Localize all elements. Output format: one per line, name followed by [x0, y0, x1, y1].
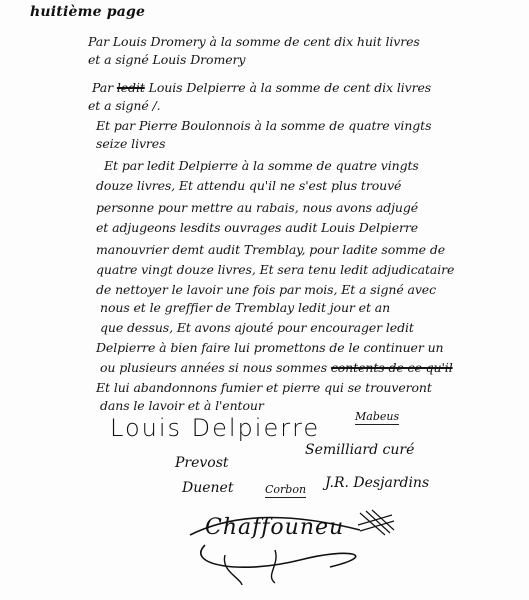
text-line: nous et le greffier de Tremblay ledit jo… — [100, 300, 390, 315]
line-text: personne pour mettre au rabais, nous avo… — [96, 200, 418, 215]
manuscript-page: huitième page Par Louis Dromery à la som… — [0, 0, 529, 600]
line-text: Louis Delpierre à la somme de cent dix l… — [145, 80, 431, 95]
text-line: et a signé /. — [88, 98, 161, 113]
text-line: manouvrier demt audit Tremblay, pour lad… — [96, 242, 445, 257]
line-text: et adjugeons lesdits ouvrages audit Loui… — [96, 220, 418, 235]
text-line: et a signé Louis Dromery — [88, 52, 245, 67]
header-label: huitième page — [30, 4, 145, 20]
text-line: douze livres, Et attendu qu'il ne s'est … — [96, 178, 401, 193]
line-text: dans le lavoir et à l'entour — [100, 398, 264, 413]
line-text: et a signé /. — [88, 98, 161, 113]
text-line: Et par Pierre Boulonnois à la somme de q… — [96, 118, 431, 133]
line-text: Et par ledit Delpierre à la somme de qua… — [104, 158, 419, 173]
text-line: personne pour mettre au rabais, nous avo… — [96, 200, 418, 215]
text-line: Par ledit Louis Delpierre à la somme de … — [92, 80, 431, 95]
text-line: Par Louis Dromery à la somme de cent dix… — [88, 34, 420, 49]
page-header: huitième page — [30, 4, 145, 20]
line-text: Et lui abandonnons fumier et pierre qui … — [96, 380, 432, 395]
line-text: seize livres — [96, 136, 165, 151]
line-text: Delpierre à bien faire lui promettons de… — [96, 340, 443, 355]
text-line: Et par ledit Delpierre à la somme de qua… — [104, 158, 419, 173]
text-line: dans le lavoir et à l'entour — [100, 398, 264, 413]
signature-chaffouneu: Chaffouneu — [205, 515, 344, 540]
struck-text: contents de ce qu'il — [331, 360, 453, 375]
signature-duenet: Duenet — [182, 480, 233, 496]
signature-louis-delpierre: Louis Delpierre — [110, 414, 320, 442]
text-line: quatre vingt douze livres, Et sera tenu … — [96, 262, 454, 277]
struck-text: ledit — [117, 80, 145, 95]
line-text: Par Louis Dromery à la somme de cent dix… — [88, 34, 420, 49]
line-text: Et par Pierre Boulonnois à la somme de q… — [96, 118, 431, 133]
line-prefix: Par — [92, 80, 117, 95]
text-line: Et lui abandonnons fumier et pierre qui … — [96, 380, 432, 395]
line-text: et a signé Louis Dromery — [88, 52, 245, 67]
text-line: de nettoyer le lavoir une fois par mois,… — [96, 282, 436, 297]
text-line: que dessus, Et avons ajouté pour encoura… — [100, 320, 414, 335]
line-text: douze livres, Et attendu qu'il ne s'est … — [96, 178, 401, 193]
signature-mabeus: Mabeus — [355, 410, 399, 425]
text-line: seize livres — [96, 136, 165, 151]
signature-desjardins: J.R. Desjardins — [325, 475, 429, 491]
line-text: nous et le greffier de Tremblay ledit jo… — [100, 300, 390, 315]
line-text: quatre vingt douze livres, Et sera tenu … — [96, 262, 454, 277]
line-text: manouvrier demt audit Tremblay, pour lad… — [96, 242, 445, 257]
line-prefix: ou plusieurs années si nous sommes — [100, 360, 331, 375]
text-line: ou plusieurs années si nous sommes conte… — [100, 360, 453, 375]
line-text: de nettoyer le lavoir une fois par mois,… — [96, 282, 436, 297]
signature-corbon: Corbon — [265, 483, 306, 498]
text-line: et adjugeons lesdits ouvrages audit Loui… — [96, 220, 418, 235]
signature-semilliard: Semilliard curé — [305, 442, 414, 458]
signature-prevost: Prevost — [175, 455, 229, 471]
line-text: que dessus, Et avons ajouté pour encoura… — [100, 320, 414, 335]
text-line: Delpierre à bien faire lui promettons de… — [96, 340, 443, 355]
